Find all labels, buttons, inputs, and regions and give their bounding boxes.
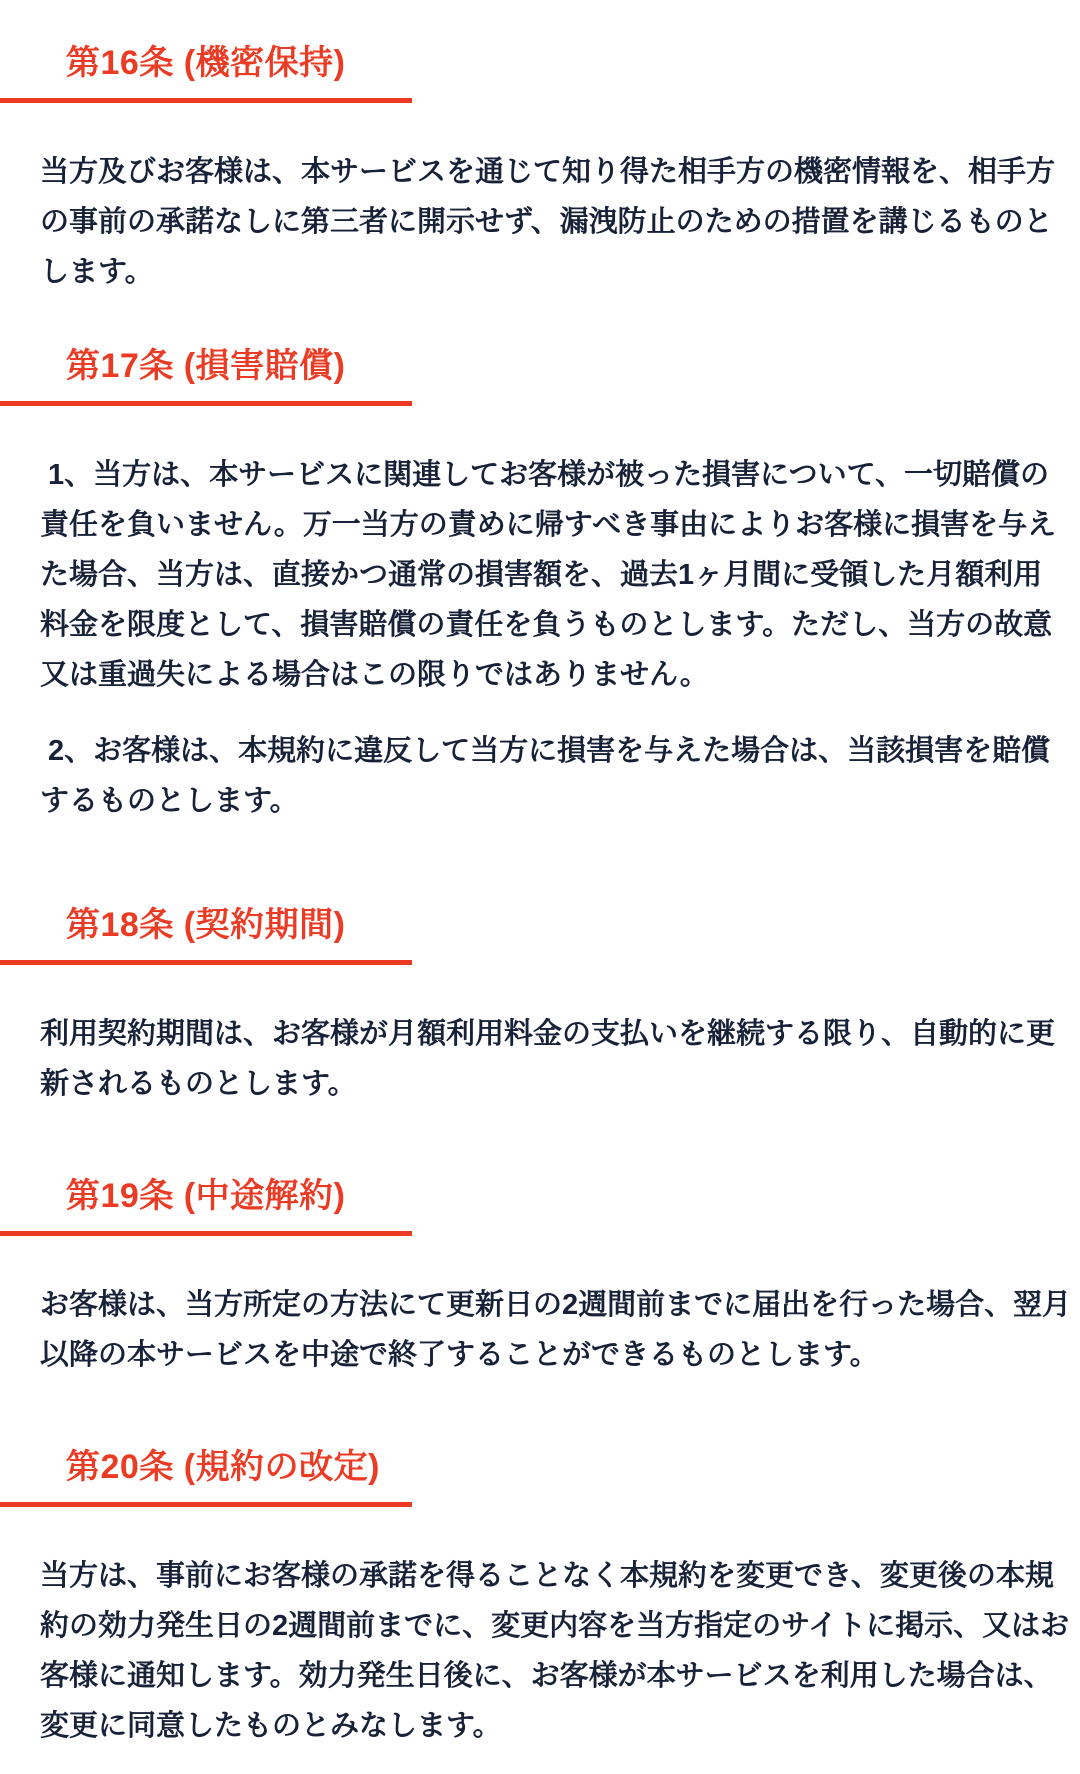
paragraph-line: 当方は、事前にお客様の承諾を得ることなく本規約を変更でき、変更後の本規 <box>40 1551 1040 1601</box>
paragraph-line: 又は重過失による場合はこの限りではありません。 <box>40 650 1040 700</box>
article-20-section: 第20条 (規約の改定) 当方は、事前にお客様の承諾を得ることなく本規約を変更で… <box>0 1444 1080 1751</box>
article-16-heading: 第16条 (機密保持) <box>0 40 1080 86</box>
paragraph-line: 客様に通知します。効力発生日後に、お客様が本サービスを利用した場合は、 <box>40 1651 1040 1701</box>
article-18-paragraph-1: 利用契約期間は、お客様が月額利用料金の支払いを継続する限り、自動的に更 新される… <box>40 1009 1040 1109</box>
paragraph-line: た場合、当方は、直接かつ通常の損害額を、過去1ヶ月間に受領した月額利用 <box>40 550 1040 600</box>
heading-underline <box>0 98 412 103</box>
paragraph-line: 2、お客様は、本規約に違反して当方に損害を与えた場合は、当該損害を賠償 <box>40 726 1040 776</box>
paragraph-line: 約の効力発生日の2週間前までに、変更内容を当方指定のサイトに掲示、又はお <box>40 1601 1040 1651</box>
paragraph-line: します。 <box>40 247 1040 297</box>
paragraph-line: するものとします。 <box>40 776 1040 826</box>
article-17-heading: 第17条 (損害賠償) <box>0 343 1080 389</box>
terms-document: 第16条 (機密保持) 当方及びお客様は、本サービスを通じて知り得た相手方の機密… <box>0 0 1080 1751</box>
paragraph-line: 新されるものとします。 <box>40 1059 1040 1109</box>
paragraph-line: 責任を負いません。万一当方の責めに帰すべき事由によりお客様に損害を与え <box>40 500 1040 550</box>
heading-underline <box>0 1502 412 1507</box>
paragraph-line: 変更に同意したものとみなします。 <box>40 1701 1040 1751</box>
article-16-section: 第16条 (機密保持) 当方及びお客様は、本サービスを通じて知り得た相手方の機密… <box>0 40 1080 297</box>
article-19-heading: 第19条 (中途解約) <box>0 1173 1080 1219</box>
article-19-section: 第19条 (中途解約) お客様は、当方所定の方法にて更新日の2週間前までに届出を… <box>0 1173 1080 1380</box>
paragraph-line: 料金を限度として、損害賠償の責任を負うものとします。ただし、当方の故意 <box>40 600 1040 650</box>
article-17-paragraph-2: 2、お客様は、本規約に違反して当方に損害を与えた場合は、当該損害を賠償 するもの… <box>40 726 1040 826</box>
paragraph-line: 当方及びお客様は、本サービスを通じて知り得た相手方の機密情報を、相手方 <box>40 147 1040 197</box>
paragraph-line: お客様は、当方所定の方法にて更新日の2週間前までに届出を行った場合、翌月 <box>40 1280 1040 1330</box>
heading-underline <box>0 960 412 965</box>
paragraph-line: の事前の承諾なしに第三者に開示せず、漏洩防止のための措置を講じるものと <box>40 197 1040 247</box>
article-17-section: 第17条 (損害賠償) 1、当方は、本サービスに関連してお客様が被った損害につい… <box>0 343 1080 826</box>
heading-underline <box>0 1231 412 1236</box>
article-18-section: 第18条 (契約期間) 利用契約期間は、お客様が月額利用料金の支払いを継続する限… <box>0 902 1080 1109</box>
heading-underline <box>0 401 412 406</box>
article-16-paragraph-1: 当方及びお客様は、本サービスを通じて知り得た相手方の機密情報を、相手方 の事前の… <box>40 147 1040 297</box>
article-17-paragraph-1: 1、当方は、本サービスに関連してお客様が被った損害について、一切賠償の 責任を負… <box>40 450 1040 700</box>
article-20-heading: 第20条 (規約の改定) <box>0 1444 1080 1490</box>
article-18-heading: 第18条 (契約期間) <box>0 902 1080 948</box>
paragraph-line: 以降の本サービスを中途で終了することができるものとします。 <box>40 1330 1040 1380</box>
paragraph-line: 1、当方は、本サービスに関連してお客様が被った損害について、一切賠償の <box>40 450 1040 500</box>
article-20-paragraph-1: 当方は、事前にお客様の承諾を得ることなく本規約を変更でき、変更後の本規 約の効力… <box>40 1551 1040 1751</box>
article-19-paragraph-1: お客様は、当方所定の方法にて更新日の2週間前までに届出を行った場合、翌月 以降の… <box>40 1280 1040 1380</box>
paragraph-line: 利用契約期間は、お客様が月額利用料金の支払いを継続する限り、自動的に更 <box>40 1009 1040 1059</box>
